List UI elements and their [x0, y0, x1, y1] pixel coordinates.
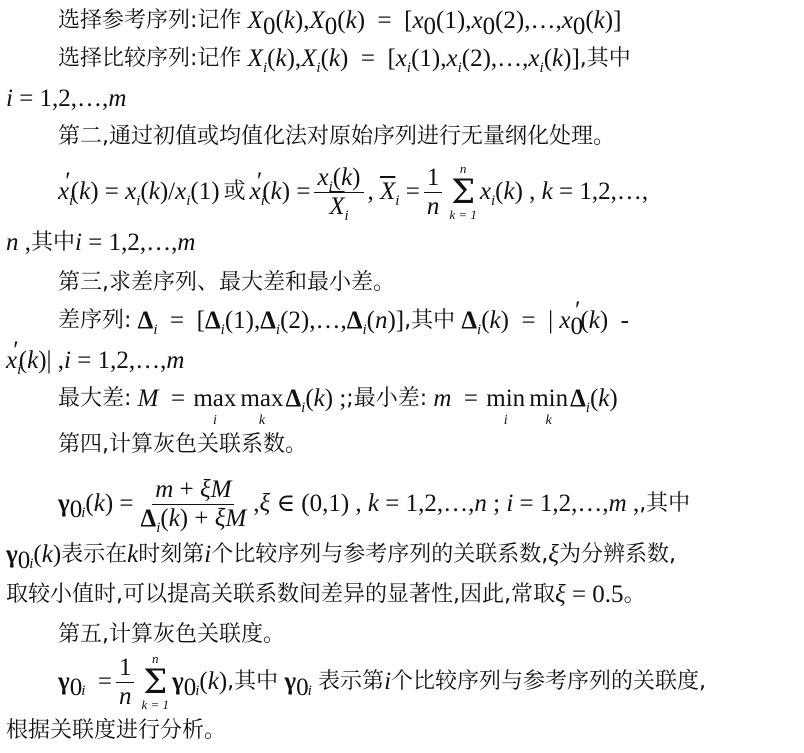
max-min-diff-line: 最大差: M = maxi maxk Δi(k) ; ;最小差: m = min…	[58, 384, 618, 428]
summation-symbol: n Σ k = 1	[449, 162, 477, 222]
text: ,其中	[227, 650, 278, 714]
text: ,其中	[404, 306, 455, 336]
conclusion-line: 根据关联度进行分析。	[6, 716, 226, 746]
formula-xi: ξ	[548, 540, 559, 570]
formula-i: i	[204, 540, 211, 570]
formula-gamma0i-k: γ0i(k) =	[58, 474, 134, 534]
summation-symbol: n Σ k = 1	[141, 652, 169, 712]
text: 表示第	[318, 650, 384, 714]
fraction-one-over-n: 1 n	[424, 164, 443, 221]
min-over-i: mini	[486, 384, 525, 428]
text: 根据关联度进行分析。	[6, 716, 226, 746]
text: 第二,通过初值或均值化法对原始序列进行无量纲化处理。	[58, 122, 615, 152]
text: 第三,求差序列、最大差和最小差。	[58, 268, 395, 298]
diff-sequence-line: 差序列: Δi = [Δi(1),Δi(2),…,Δi(n)] ,其中 Δi(k…	[58, 306, 629, 336]
text: ,其中	[639, 474, 690, 534]
step4-heading: 第四,计算灰色关联系数。	[58, 430, 307, 460]
formula-max-body: Δi(k) ;	[285, 384, 346, 414]
text: 时刻第	[138, 540, 204, 570]
text: 第五,计算灰色关联度。	[58, 620, 285, 650]
text: 最大差:	[58, 384, 131, 414]
formula-mean-def: , Xi =	[368, 162, 420, 222]
fraction-xi-over-mean: xi(k) Xi	[314, 164, 363, 221]
formula-n: n ,	[6, 228, 31, 258]
text: 取较小值时,可以提高关联系数间差异的显著性,因此,常取	[6, 580, 555, 610]
text: 差序列:	[58, 306, 131, 336]
text: 个比较序列与参考序列的关联度,	[391, 650, 706, 714]
formula-gamma0i: γ0i =	[58, 650, 112, 714]
text: ;最小差:	[346, 384, 427, 414]
formula-diff-def-cont: xi′(k)| ,i = 1,2,…,m	[6, 346, 184, 376]
formula-cmp-sequence: Xi(k),Xi(k) = [xi(1),xi(2),…,xi(k)]	[241, 44, 579, 74]
text: 第四,计算灰色关联系数。	[58, 430, 307, 460]
formula-i-range: i = 1,2,…,m	[6, 84, 126, 114]
fraction-relation-coef: m + ξM Δi(k) + ξM	[138, 476, 250, 533]
min-over-k: mink	[529, 384, 568, 428]
text: 选择比较序列:记作	[58, 44, 241, 74]
n-range-line: n , 其中 i = 1,2,…,m	[6, 228, 195, 258]
formula-ranges: ,ξ ∈ (0,1) , k = 1,2,…,n ; i = 1,2,…,m ,	[253, 474, 639, 534]
formula-i: i	[384, 650, 391, 714]
formula-diff-sequence: Δi = [Δi(1),Δi(2),…,Δi(n)]	[131, 306, 404, 336]
formula-ref-sequence: X0(k),X0(k) = [x0(1),x0(2),…,x0(k)]	[241, 6, 621, 36]
relation-coef-formula-line: γ0i(k) = m + ξM Δi(k) + ξM ,ξ ∈ (0,1) , …	[58, 474, 690, 534]
formula-diff-def: Δi(k) = | x0′(k) -	[455, 306, 629, 336]
text-or: 或	[224, 162, 246, 222]
fraction-one-over-n: 1 n	[116, 654, 135, 711]
diff-def-continued-line: xi′(k)| ,i = 1,2,…,m	[6, 346, 184, 376]
relation-coef-desc-line: γ0i(k) 表示在 k 时刻第 i 个比较序列与参考序列的关联系数, ξ 为分…	[6, 540, 676, 570]
formula-i-range: i = 1,2,…,m	[75, 228, 195, 258]
step3-heading: 第三,求差序列、最大差和最小差。	[58, 268, 395, 298]
text: ,其中	[580, 44, 631, 74]
formula-sum-body: xi(k) , k = 1,2,…,	[480, 162, 648, 222]
relation-degree-formula-line: γ0i = 1 n n Σ k = 1 γ0i(k) ,其中 γ0i 表示第 i…	[58, 650, 706, 714]
index-range-line: i = 1,2,…,m	[6, 84, 126, 114]
formula-mean-value: xi′(k) =	[250, 162, 311, 222]
max-over-i: maxi	[193, 384, 236, 428]
formula-M: M =	[131, 384, 191, 414]
xi-choice-line: 取较小值时,可以提高关联系数间差异的显著性,因此,常取 ξ = 0.5 。	[6, 580, 646, 610]
formula-sum-body: γ0i(k)	[172, 650, 227, 714]
text: 表示在	[61, 540, 127, 570]
ref-sequence-line: 选择参考序列:记作 X0(k),X0(k) = [x0(1),x0(2),…,x…	[58, 6, 621, 36]
text: 个比较序列与参考序列的关联系数,	[211, 540, 548, 570]
text: 选择参考序列:记作	[58, 6, 241, 36]
formula-k: k	[127, 540, 138, 570]
max-over-k: maxk	[240, 384, 283, 428]
formula-gamma0i: γ0i	[278, 650, 318, 714]
step5-heading: 第五,计算灰色关联度。	[58, 620, 285, 650]
formula-xi-value: ξ = 0.5	[555, 580, 624, 610]
step2-heading: 第二,通过初值或均值化法对原始序列进行无量纲化处理。	[58, 122, 615, 152]
text: 其中	[31, 228, 75, 258]
text: 。	[624, 580, 646, 610]
formula-initial-value: xi′(k) = xi(k)/xi(1)	[58, 162, 220, 222]
formula-min-body: Δi(k)	[570, 384, 618, 414]
formula-gamma0i-k: γ0i(k)	[6, 540, 61, 570]
normalization-formula-line: xi′(k) = xi(k)/xi(1) 或 xi′(k) = xi(k) Xi…	[58, 162, 648, 222]
cmp-sequence-line: 选择比较序列:记作 Xi(k),Xi(k) = [xi(1),xi(2),…,x…	[58, 44, 631, 74]
formula-m: m =	[427, 384, 484, 414]
text: 为分辨系数,	[559, 540, 676, 570]
